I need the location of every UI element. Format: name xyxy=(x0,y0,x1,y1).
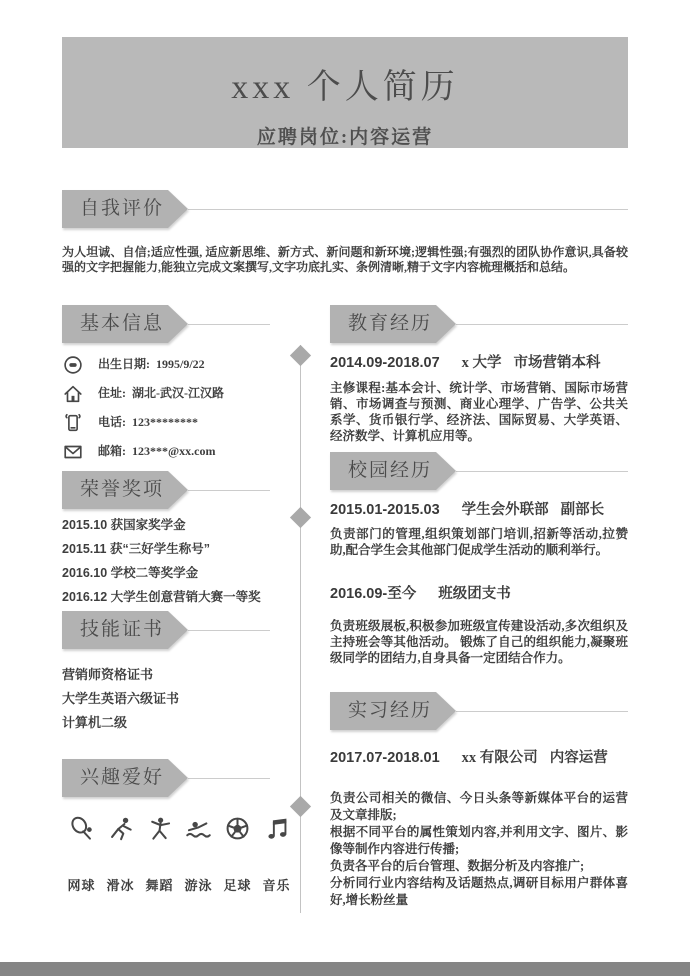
section-title: 实习经历 xyxy=(330,692,436,730)
section-title: 技能证书 xyxy=(62,611,168,649)
internship-period: 2017.07-2018.01 xyxy=(330,750,440,766)
section-title: 教育经历 xyxy=(330,305,436,343)
section-rule xyxy=(456,711,628,712)
honor-item: 2015.11 获“三好学生称号” xyxy=(62,537,300,561)
hobby-swimming: 游泳 xyxy=(179,815,218,894)
internship-description: 负责公司相关的微信、今日头条等新媒体平台的运营及文章排版; 根据不同平台的属性策… xyxy=(330,790,628,909)
mail-icon xyxy=(62,441,84,463)
section-rule xyxy=(188,630,270,631)
hobby-label: 游泳 xyxy=(184,875,212,894)
page-subtitle: 应聘岗位:内容运营 xyxy=(62,122,628,149)
hobby-label: 足球 xyxy=(223,875,251,894)
campus-desc-1: 负责部门的管理,组织策划部门培训,招新等活动,拉赞助,配合学生会其他部门促成学生… xyxy=(330,526,628,558)
section-header: 自我评价 xyxy=(62,190,628,228)
education-entry: 2014.09-2018.07x 大学市场营销本科 xyxy=(330,353,628,373)
info-row-phone: 电话:123******** xyxy=(62,413,300,434)
info-label: 住址: xyxy=(98,386,126,400)
resume-page: xxx 个人简历 应聘岗位:内容运营 自我评价 为人坦诚、自信;适应性强, 适应… xyxy=(0,0,690,976)
info-value: 1995/9/22 xyxy=(156,357,205,371)
section-rule xyxy=(188,490,270,491)
section-rule xyxy=(188,209,628,210)
internship-desc-line: 根据不同平台的属性策划内容,并利用文字、图片、影像等制作内容进行传播; xyxy=(330,824,628,858)
skill-item: 计算机二级 xyxy=(62,711,300,735)
resume-header: xxx 个人简历 应聘岗位:内容运营 xyxy=(62,37,628,148)
section-header-basic-info: 基本信息 xyxy=(62,305,300,343)
info-value: 湖北-武汉-江汉路 xyxy=(132,386,224,400)
phone-icon xyxy=(62,412,84,434)
internship-role: 内容运营 xyxy=(550,750,608,766)
section-rule xyxy=(188,778,270,779)
hobby-label: 舞蹈 xyxy=(145,875,173,894)
hobby-label: 音乐 xyxy=(262,875,290,894)
birthdate-icon xyxy=(62,354,84,376)
campus-period: 2015.01-2015.03 xyxy=(330,502,440,518)
dance-icon xyxy=(146,815,173,847)
education-school: x 大学 xyxy=(462,355,502,371)
info-value: 123***@xx.com xyxy=(132,444,215,458)
education-courses: 主修课程:基本会计、统计学、市场营销、国际市场营销、市场调查与预测、商业心理学、… xyxy=(330,380,628,444)
campus-org: 班级团支书 xyxy=(438,586,511,602)
footer-bar xyxy=(0,962,690,976)
info-row-birthdate: 出生日期:1995/9/22 xyxy=(62,355,300,376)
hobby-tennis: 网球 xyxy=(62,815,101,894)
skating-icon xyxy=(107,815,134,847)
campus-desc-2: 负责班级展板,积极参加班级宣传建设活动,多次组织及主持班会等其他活动。 锻炼了自… xyxy=(330,618,628,666)
tennis-icon xyxy=(68,815,95,847)
section-self-evaluation: 自我评价 为人坦诚、自信;适应性强, 适应新思维、新方式、新问题和新环境;逻辑性… xyxy=(62,190,628,275)
section-title: 基本信息 xyxy=(62,305,168,343)
internship-entry: 2017.07-2018.01xx 有限公司内容运营 xyxy=(330,748,628,768)
campus-period: 2016.09-至今 xyxy=(330,586,416,602)
hobby-skating: 滑冰 xyxy=(101,815,140,894)
campus-org: 学生会外联部 xyxy=(462,502,549,518)
section-title: 兴趣爱好 xyxy=(62,759,168,797)
honor-item: 2016.12 大学生创意营销大赛一等奖 xyxy=(62,585,300,609)
hobby-dance: 舞蹈 xyxy=(140,815,179,894)
internship-desc-line: 负责各平台的后台管理、数据分析及内容推广; xyxy=(330,858,628,875)
info-label: 出生日期: xyxy=(98,357,150,371)
section-header-honors: 荣誉奖项 xyxy=(62,471,300,509)
basic-info-list: 出生日期:1995/9/22 住址:湖北-武汉-江汉路 电话:123******… xyxy=(62,355,300,463)
info-label: 电话: xyxy=(98,415,126,429)
section-rule xyxy=(456,324,628,325)
education-major: 市场营销本科 xyxy=(514,355,601,371)
skills-list: 营销师资格证书 大学生英语六级证书 计算机二级 xyxy=(62,663,300,735)
section-header-skills: 技能证书 xyxy=(62,611,300,649)
section-header-hobbies: 兴趣爱好 xyxy=(62,759,300,797)
skill-item: 营销师资格证书 xyxy=(62,663,300,687)
honors-list: 2015.10 获国家奖学金 2015.11 获“三好学生称号” 2016.10… xyxy=(62,513,300,609)
campus-entry-1: 2015.01-2015.03学生会外联部副部长 xyxy=(330,500,628,520)
campus-entry-2: 2016.09-至今班级团支书 xyxy=(330,584,628,604)
section-title: 荣誉奖项 xyxy=(62,471,168,509)
education-period: 2014.09-2018.07 xyxy=(330,355,440,371)
info-value: 123******** xyxy=(132,415,198,429)
section-rule xyxy=(188,324,270,325)
info-row-email: 邮箱:123***@xx.com xyxy=(62,442,300,463)
hobby-soccer: 足球 xyxy=(218,815,257,894)
honor-item: 2015.10 获国家奖学金 xyxy=(62,513,300,537)
section-rule xyxy=(456,471,628,472)
home-icon xyxy=(62,383,84,405)
info-row-address: 住址:湖北-武汉-江汉路 xyxy=(62,384,300,405)
skill-item: 大学生英语六级证书 xyxy=(62,687,300,711)
hobby-label: 网球 xyxy=(67,875,95,894)
swimming-icon xyxy=(185,815,212,847)
section-header-campus: 校园经历 xyxy=(330,452,628,490)
section-header-education: 教育经历 xyxy=(330,305,628,343)
hobby-label: 滑冰 xyxy=(106,875,134,894)
internship-company: xx 有限公司 xyxy=(462,750,538,766)
internship-desc-line: 负责公司相关的微信、今日头条等新媒体平台的运营及文章排版; xyxy=(330,790,628,824)
column-divider-line xyxy=(300,345,301,913)
section-title: 校园经历 xyxy=(330,452,436,490)
honor-item: 2016.10 学校二等奖学金 xyxy=(62,561,300,585)
left-column: 基本信息 出生日期:1995/9/22 住址:湖北-武汉-江汉路 电话: xyxy=(62,305,300,894)
section-header-internship: 实习经历 xyxy=(330,692,628,730)
hobbies-grid: 网球 滑冰 舞蹈 游泳 xyxy=(62,815,300,894)
hobby-music: 音乐 xyxy=(257,815,296,894)
right-column: 教育经历 2014.09-2018.07x 大学市场营销本科 主修课程:基本会计… xyxy=(330,305,628,909)
page-title: xxx 个人简历 xyxy=(62,37,628,108)
campus-role: 副部长 xyxy=(561,502,605,518)
self-evaluation-text: 为人坦诚、自信;适应性强, 适应新思维、新方式、新问题和新环境;逻辑性强;有强烈… xyxy=(62,245,628,275)
info-label: 邮箱: xyxy=(98,444,126,458)
music-icon xyxy=(263,815,290,847)
section-title: 自我评价 xyxy=(62,190,168,228)
soccer-icon xyxy=(224,815,251,847)
internship-desc-line: 分析同行业内容结构及话题热点,调研目标用户群体喜好,增长粉丝量 xyxy=(330,875,628,909)
